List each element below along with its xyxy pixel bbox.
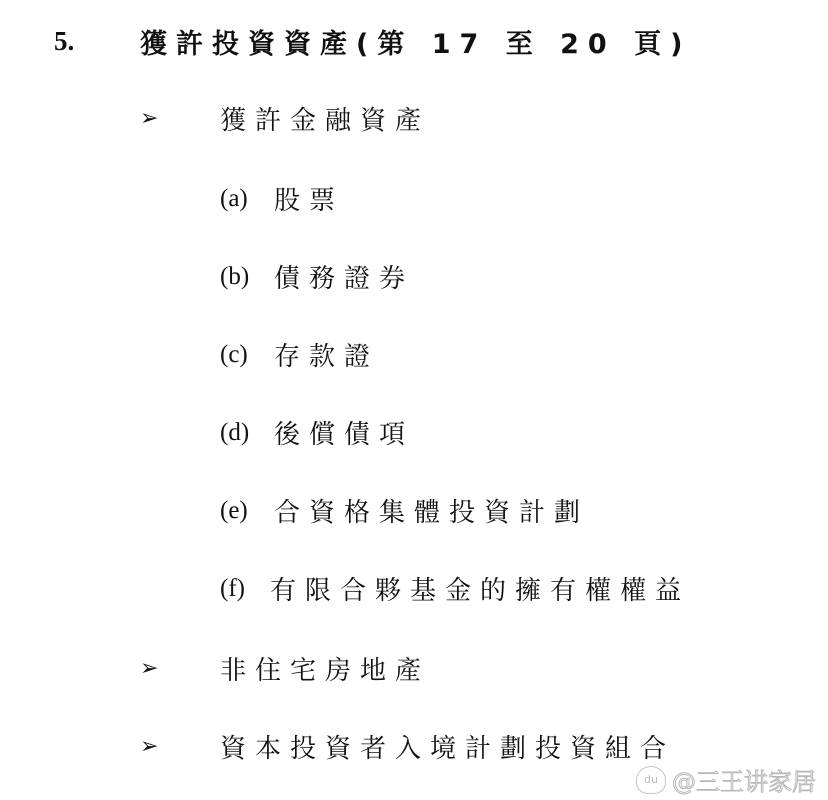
list-item: (b) 債務證券 (220, 258, 414, 295)
item-label: (d) (220, 419, 274, 447)
heading-title: 獲許投資資產(第 17 至 20 頁) (140, 22, 691, 61)
bullet-cies-portfolio: ➢ 資本投資者入境計劃投資組合 (140, 728, 675, 765)
item-text: 存款證 (274, 336, 379, 373)
section-heading: 5. 獲許投資資產(第 17 至 20 頁) (54, 22, 691, 61)
item-label: (a) (220, 185, 274, 213)
list-item: (a) 股票 (220, 180, 344, 217)
arrow-bullet-icon: ➢ (140, 656, 220, 681)
baidu-paw-icon: du (636, 766, 666, 794)
watermark-text: @三王讲家居 (672, 762, 816, 797)
item-label: (f) (220, 575, 270, 603)
list-item: (c) 存款證 (220, 336, 379, 373)
item-label: (c) (220, 341, 274, 369)
item-label: (b) (220, 263, 274, 291)
bullet-title: 獲許金融資產 (220, 100, 430, 137)
bullet-financial-assets: ➢ 獲許金融資產 (140, 100, 430, 137)
watermark: du @三王讲家居 (636, 762, 816, 797)
bullet-title: 非住宅房地產 (220, 650, 430, 687)
item-text: 有限合夥基金的擁有權權益 (270, 570, 690, 607)
item-text: 股票 (274, 180, 344, 217)
list-item: (d) 後償債項 (220, 414, 414, 451)
heading-number: 5. (54, 26, 140, 57)
list-item: (e) 合資格集體投資計劃 (220, 492, 589, 529)
bullet-title: 資本投資者入境計劃投資組合 (220, 728, 675, 765)
item-text: 合資格集體投資計劃 (274, 492, 589, 529)
bullet-non-residential-property: ➢ 非住宅房地產 (140, 650, 430, 687)
item-text: 債務證券 (274, 258, 414, 295)
list-item: (f) 有限合夥基金的擁有權權益 (220, 570, 690, 607)
item-label: (e) (220, 497, 274, 525)
arrow-bullet-icon: ➢ (140, 106, 220, 131)
item-text: 後償債項 (274, 414, 414, 451)
arrow-bullet-icon: ➢ (140, 734, 220, 759)
